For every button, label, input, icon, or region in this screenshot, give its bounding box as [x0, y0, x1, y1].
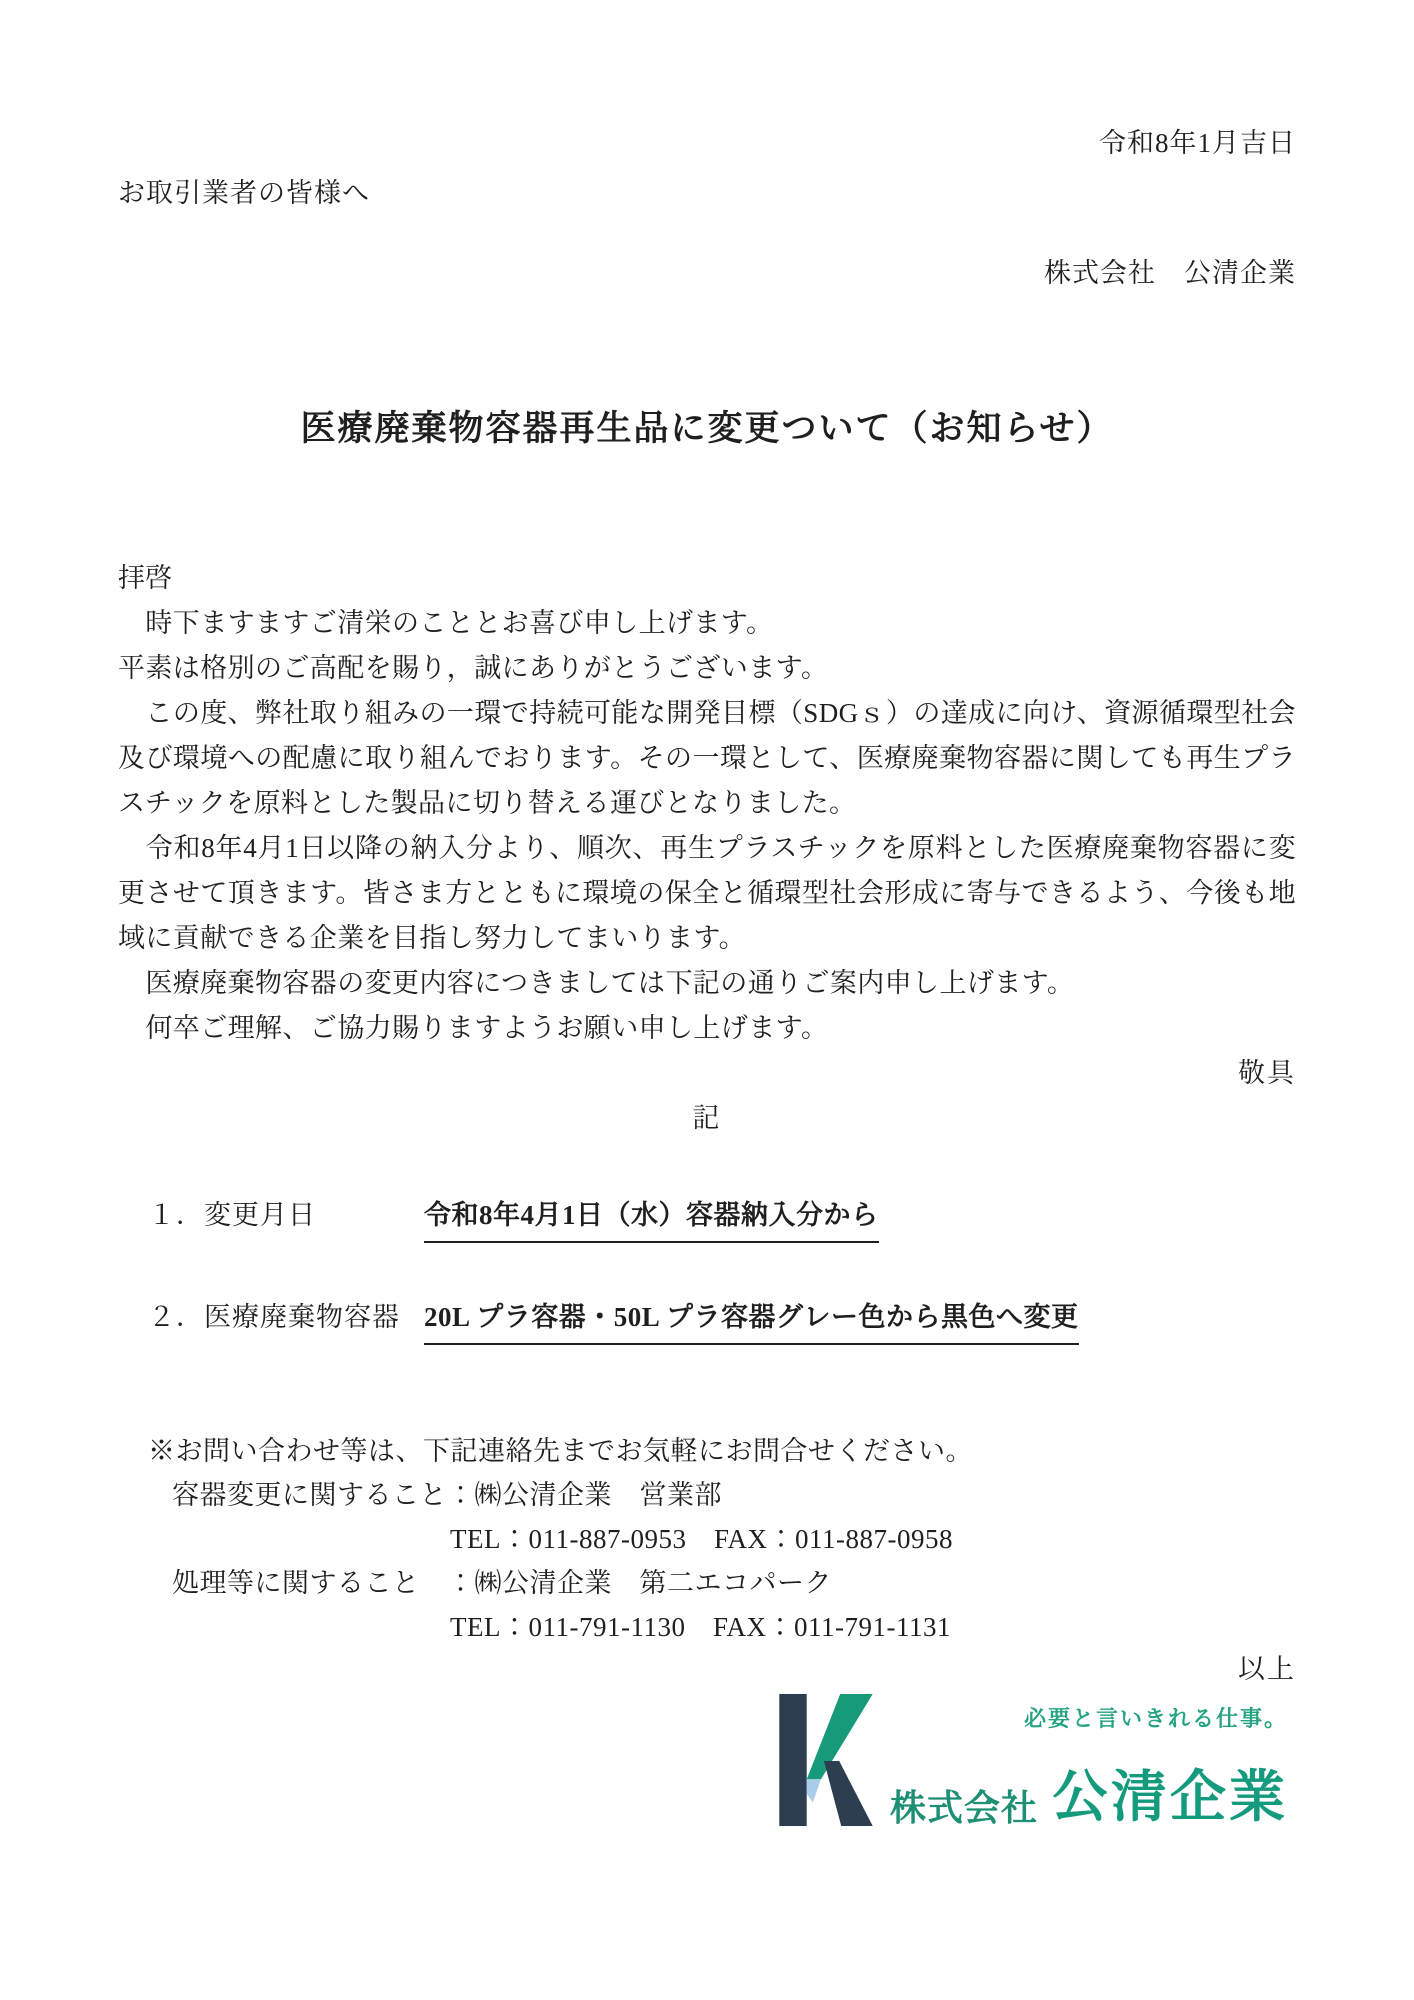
- paragraph-greeting: 時下ますますご清栄のこととお喜び申し上げます。: [118, 601, 1296, 646]
- logo-company-row: 株式会社 公清企業: [890, 1770, 1288, 1826]
- paragraph-request: 何卒ご理解、ご協力賜りますようお願い申し上げます。: [118, 1006, 1296, 1051]
- paragraph-change-detail: 令和8年4月1日以降の納入分より、順次、再生プラスチックを原料とした医療廃棄物容…: [118, 826, 1296, 961]
- change-date-row: １．変更月日 令和8年4月1日（水）容器納入分から: [148, 1193, 1296, 1243]
- k-logo-icon: [778, 1694, 874, 1826]
- paragraph-thanks: 平素は格別のご高配を賜り，誠にありがとうございます。: [118, 646, 1296, 691]
- recipient: お取引業者の皆様へ: [118, 176, 1296, 210]
- end-marker-ijou: 以上: [118, 1649, 1296, 1689]
- notice-document-page: 令和8年1月吉日 お取引業者の皆様へ 株式会社 公清企業 医療廃棄物容器再生品に…: [0, 0, 1414, 2000]
- company-logo: 必要と言いきれる仕事。 株式会社 公清企業: [778, 1694, 1288, 1826]
- change-date-label: １．変更月日: [148, 1193, 424, 1238]
- record-marker-ki: 記: [118, 1096, 1296, 1141]
- logo-company-name: 公清企業: [1052, 1770, 1288, 1826]
- document-title: 医療廃棄物容器再生品に変更ついて（お知らせ）: [118, 406, 1296, 452]
- container-change-label: ２．医療廃棄物容器: [148, 1295, 424, 1340]
- paragraph-sdgs: この度、弊社取り組みの一環で持続可能な開発目標（SDGｓ）の達成に向け、資源循環…: [118, 691, 1296, 826]
- logo-company-prefix: 株式会社: [890, 1790, 1038, 1826]
- paragraph-guide: 医療廃棄物容器の変更内容につきましては下記の通りご案内申し上げます。: [118, 961, 1296, 1006]
- change-date-value: 令和8年4月1日（水）容器納入分から: [424, 1193, 879, 1243]
- salutation: 拝啓: [118, 556, 1296, 601]
- contact-sales-label: 容器変更に関すること：㈱公清企業 営業部: [172, 1473, 1296, 1517]
- contact-ecopark-tel: TEL：011-791-1130 FAX：011-791-1131: [450, 1605, 1296, 1649]
- k-logo-stem: [779, 1694, 806, 1826]
- logo-slogan: 必要と言いきれる仕事。: [1024, 1704, 1288, 1734]
- document-date: 令和8年1月吉日: [118, 126, 1296, 160]
- k-logo-lower-leg: [824, 1761, 873, 1826]
- closing-keigu: 敬具: [118, 1051, 1296, 1096]
- contact-note: ※お問い合わせ等は、下記連絡先までお気軽にお問合せください。: [148, 1429, 1296, 1473]
- contact-ecopark-label: 処理等に関すること ：㈱公清企業 第二エコパーク: [172, 1561, 1296, 1605]
- container-change-row: ２．医療廃棄物容器 20L プラ容器・50L プラ容器グレー色から黒色へ変更: [148, 1295, 1296, 1345]
- logo-text: 必要と言いきれる仕事。 株式会社 公清企業: [890, 1704, 1288, 1826]
- contact-sales-tel: TEL：011-887-0953 FAX：011-887-0958: [450, 1517, 1296, 1561]
- container-change-value: 20L プラ容器・50L プラ容器グレー色から黒色へ変更: [424, 1295, 1079, 1345]
- k-logo-accent: [807, 1779, 821, 1802]
- sender-company: 株式会社 公清企業: [118, 256, 1296, 290]
